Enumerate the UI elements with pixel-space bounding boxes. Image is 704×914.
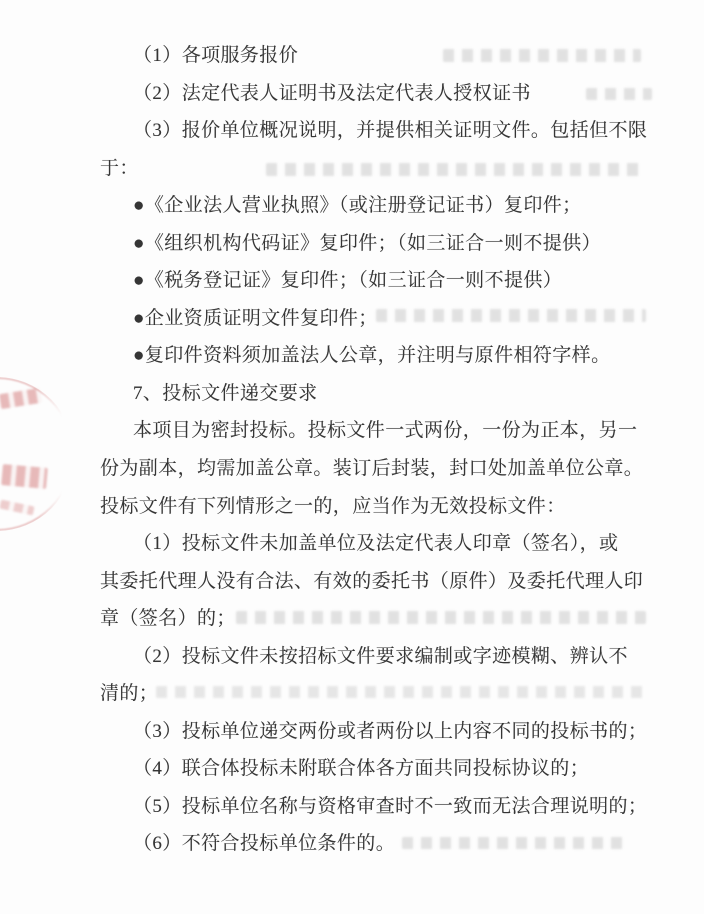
doc-line: 章（签名）的； [100, 600, 680, 638]
doc-line: （1）投标文件未加盖单位及法定代表人印章（签名），或 [100, 525, 680, 563]
doc-line: （3）投标单位递交两份或者两份以上内容不同的投标书的； [100, 713, 680, 751]
doc-line: （5）投标单位名称与资格审查时不一致而无法合理说明的； [100, 788, 680, 826]
doc-line: 份为副本，均需加盖公章。装订后封装，封口处加盖单位公章。 [100, 450, 680, 488]
doc-line: ●复印件资料须加盖法人公章，并注明与原件相符字样。 [100, 337, 680, 375]
doc-line: ●《企业法人营业执照》（或注册登记证书）复印件； [100, 187, 680, 225]
doc-line: 于： [100, 150, 680, 188]
seal-text-fragment [1, 464, 48, 489]
doc-line: 本项目为密封投标。投标文件一式两份，一份为正本，另一 [100, 412, 680, 450]
doc-line: ●企业资质证明文件复印件； [100, 300, 680, 338]
doc-line: （2）法定代表人证明书及法定代表人授权证书 [100, 75, 680, 113]
doc-line: 其委托代理人没有合法、有效的委托书（原件）及委托代理人印 [100, 563, 680, 601]
doc-line: ●《税务登记证》复印件；（如三证合一则不提供） [100, 262, 680, 300]
doc-line: （4）联合体投标未附联合体各方面共同投标协议的； [100, 750, 680, 788]
doc-line: ●《组织机构代码证》复印件；（如三证合一则不提供） [100, 225, 680, 263]
doc-line: （3）报价单位概况说明，并提供相关证明文件。包括但不限 [100, 112, 680, 150]
document-text: （1）各项服务报价 （2）法定代表人证明书及法定代表人授权证书 （3）报价单位概… [100, 37, 680, 863]
doc-line: （6）不符合投标单位条件的。 [100, 825, 680, 863]
doc-line: 清的； [100, 675, 680, 713]
doc-line: 投标文件有下列情形之一的，应当作为无效投标文件： [100, 488, 680, 526]
doc-line: 7、投标文件递交要求 [100, 375, 680, 413]
doc-line: （1）各项服务报价 [100, 37, 680, 75]
document-page: （1）各项服务报价 （2）法定代表人证明书及法定代表人授权证书 （3）报价单位概… [0, 0, 704, 914]
doc-line: （2）投标文件未按招标文件要求编制或字迹模糊、辨认不 [100, 638, 680, 676]
